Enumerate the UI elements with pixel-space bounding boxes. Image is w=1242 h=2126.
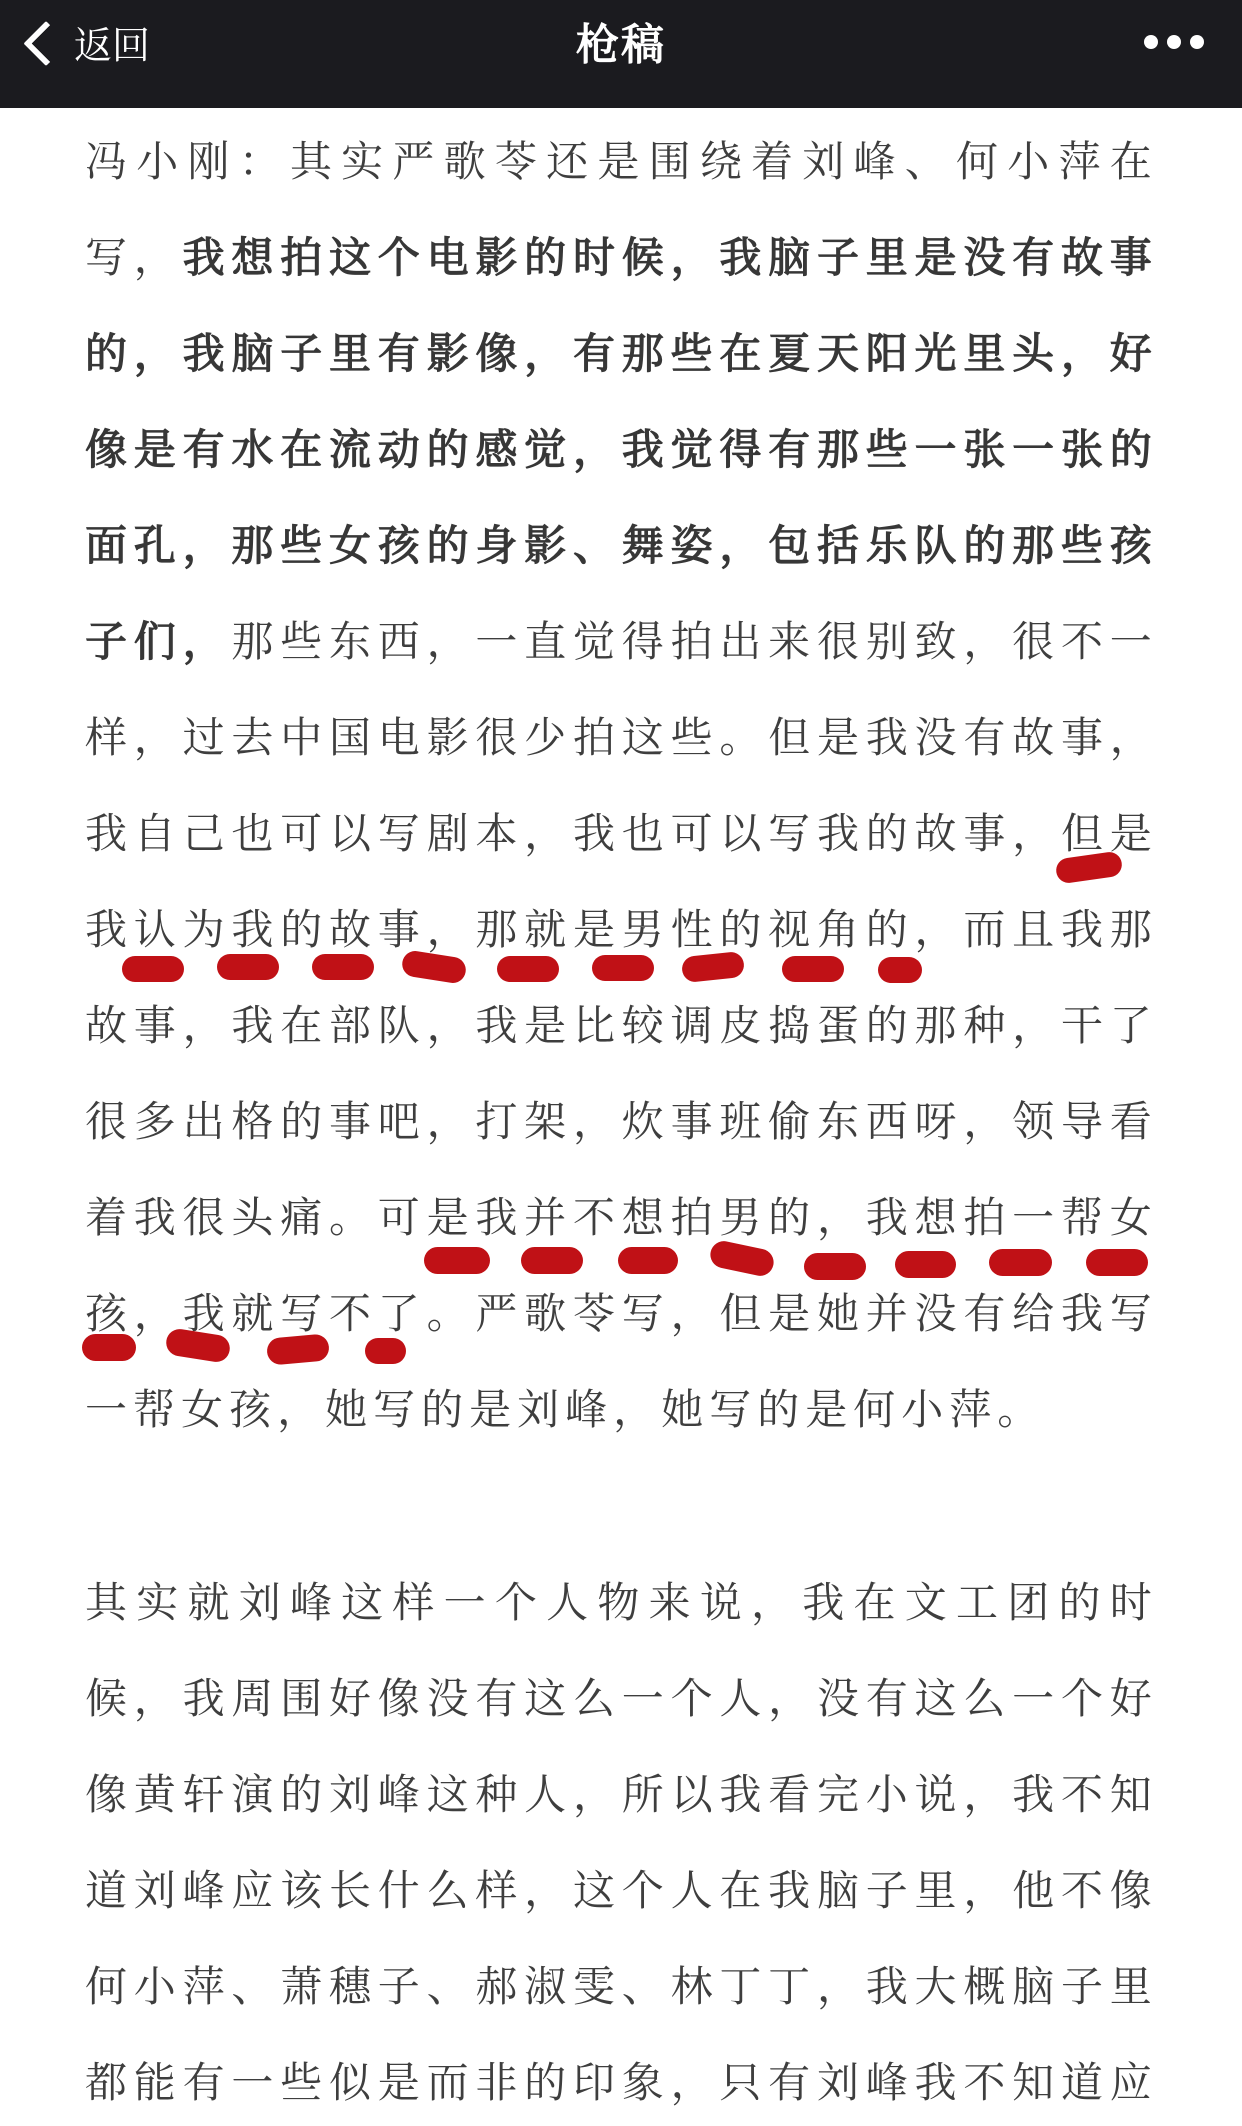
text-line: 我自己也可以写剧本，我也可以写我的故事，但是 xyxy=(85,783,1152,879)
chevron-left-icon xyxy=(23,20,68,65)
paragraph: 其实就刘峰这样一个人物来说，我在文工团的时候，我周围好像没有这么一个人，没有这么… xyxy=(85,1552,1152,2126)
red-marker-stroke xyxy=(122,956,184,982)
red-marker-stroke xyxy=(312,954,374,980)
red-marker-stroke xyxy=(804,1253,866,1280)
text-line: 故事，我在部队，我是比较调皮捣蛋的那种，干了 xyxy=(85,975,1152,1071)
nav-bar: 返回 枪稿 xyxy=(0,0,1242,108)
text-line: 道刘峰应该长什么样，这个人在我脑子里，他不像 xyxy=(85,1840,1152,1936)
text-line: 面孔，那些女孩的身影、舞姿，包括乐队的那些孩 xyxy=(85,495,1152,591)
red-marker-stroke xyxy=(217,954,279,980)
text-line: 何小萍、萧穗子、郝淑雯、林丁丁，我大概脑子里 xyxy=(85,1936,1152,2032)
ellipsis-icon xyxy=(1144,35,1158,49)
back-button-label: 返回 xyxy=(74,15,150,70)
article-body: 冯小刚：其实严歌苓还是围绕着刘峰、何小萍在写，我想拍这个电影的时候，我脑子里是没… xyxy=(85,111,1152,2126)
text-line: 像是有水在流动的感觉，我觉得有那些一张一张的 xyxy=(85,399,1152,495)
text-line: 样，过去中国电影很少拍这些。但是我没有故事， xyxy=(85,687,1152,783)
ellipsis-icon xyxy=(1190,35,1204,49)
red-marker-stroke xyxy=(895,1251,956,1278)
text-line: 着我很头痛。可是我并不想拍男的，我想拍一帮女 xyxy=(85,1167,1152,1263)
red-marker-stroke xyxy=(989,1249,1052,1276)
text-line: 冯小刚：其实严歌苓还是围绕着刘峰、何小萍在 xyxy=(85,111,1152,207)
red-marker-stroke xyxy=(1086,1249,1148,1276)
red-marker-stroke xyxy=(497,956,559,982)
red-marker-stroke xyxy=(618,1247,678,1274)
text-line: 像黄轩演的刘峰这种人，所以我看完小说，我不知 xyxy=(85,1744,1152,1840)
more-menu-button[interactable] xyxy=(1144,35,1204,49)
red-marker-stroke xyxy=(82,1334,136,1361)
text-line: 其实就刘峰这样一个人物来说，我在文工团的时 xyxy=(85,1552,1152,1648)
red-marker-stroke xyxy=(424,1247,490,1274)
text-line: 一帮女孩，她写的是刘峰，她写的是何小萍。 xyxy=(85,1359,1152,1455)
text-line: 子们，那些东西，一直觉得拍出来很别致，很不一 xyxy=(85,591,1152,687)
ellipsis-icon xyxy=(1167,35,1181,49)
page-title: 枪稿 xyxy=(576,12,666,73)
text-line: 孩，我就写不了。严歌苓写，但是她并没有给我写 xyxy=(85,1263,1152,1359)
text-line: 的，我脑子里有影像，有那些在夏天阳光里头，好 xyxy=(85,303,1152,399)
back-button[interactable]: 返回 xyxy=(30,15,150,70)
red-marker-stroke xyxy=(592,955,654,981)
red-marker-stroke xyxy=(521,1247,583,1274)
red-marker-stroke xyxy=(782,956,844,982)
red-marker-stroke xyxy=(878,957,922,983)
text-line: 候，我周围好像没有这么一个人，没有这么一个好 xyxy=(85,1648,1152,1744)
text-line: 写，我想拍这个电影的时候，我脑子里是没有故事 xyxy=(85,207,1152,303)
red-marker-stroke xyxy=(365,1338,406,1364)
text-line: 都能有一些似是而非的印象，只有刘峰我不知道应 xyxy=(85,2032,1152,2126)
text-line: 很多出格的事吧，打架，炊事班偷东西呀，领导看 xyxy=(85,1071,1152,1167)
